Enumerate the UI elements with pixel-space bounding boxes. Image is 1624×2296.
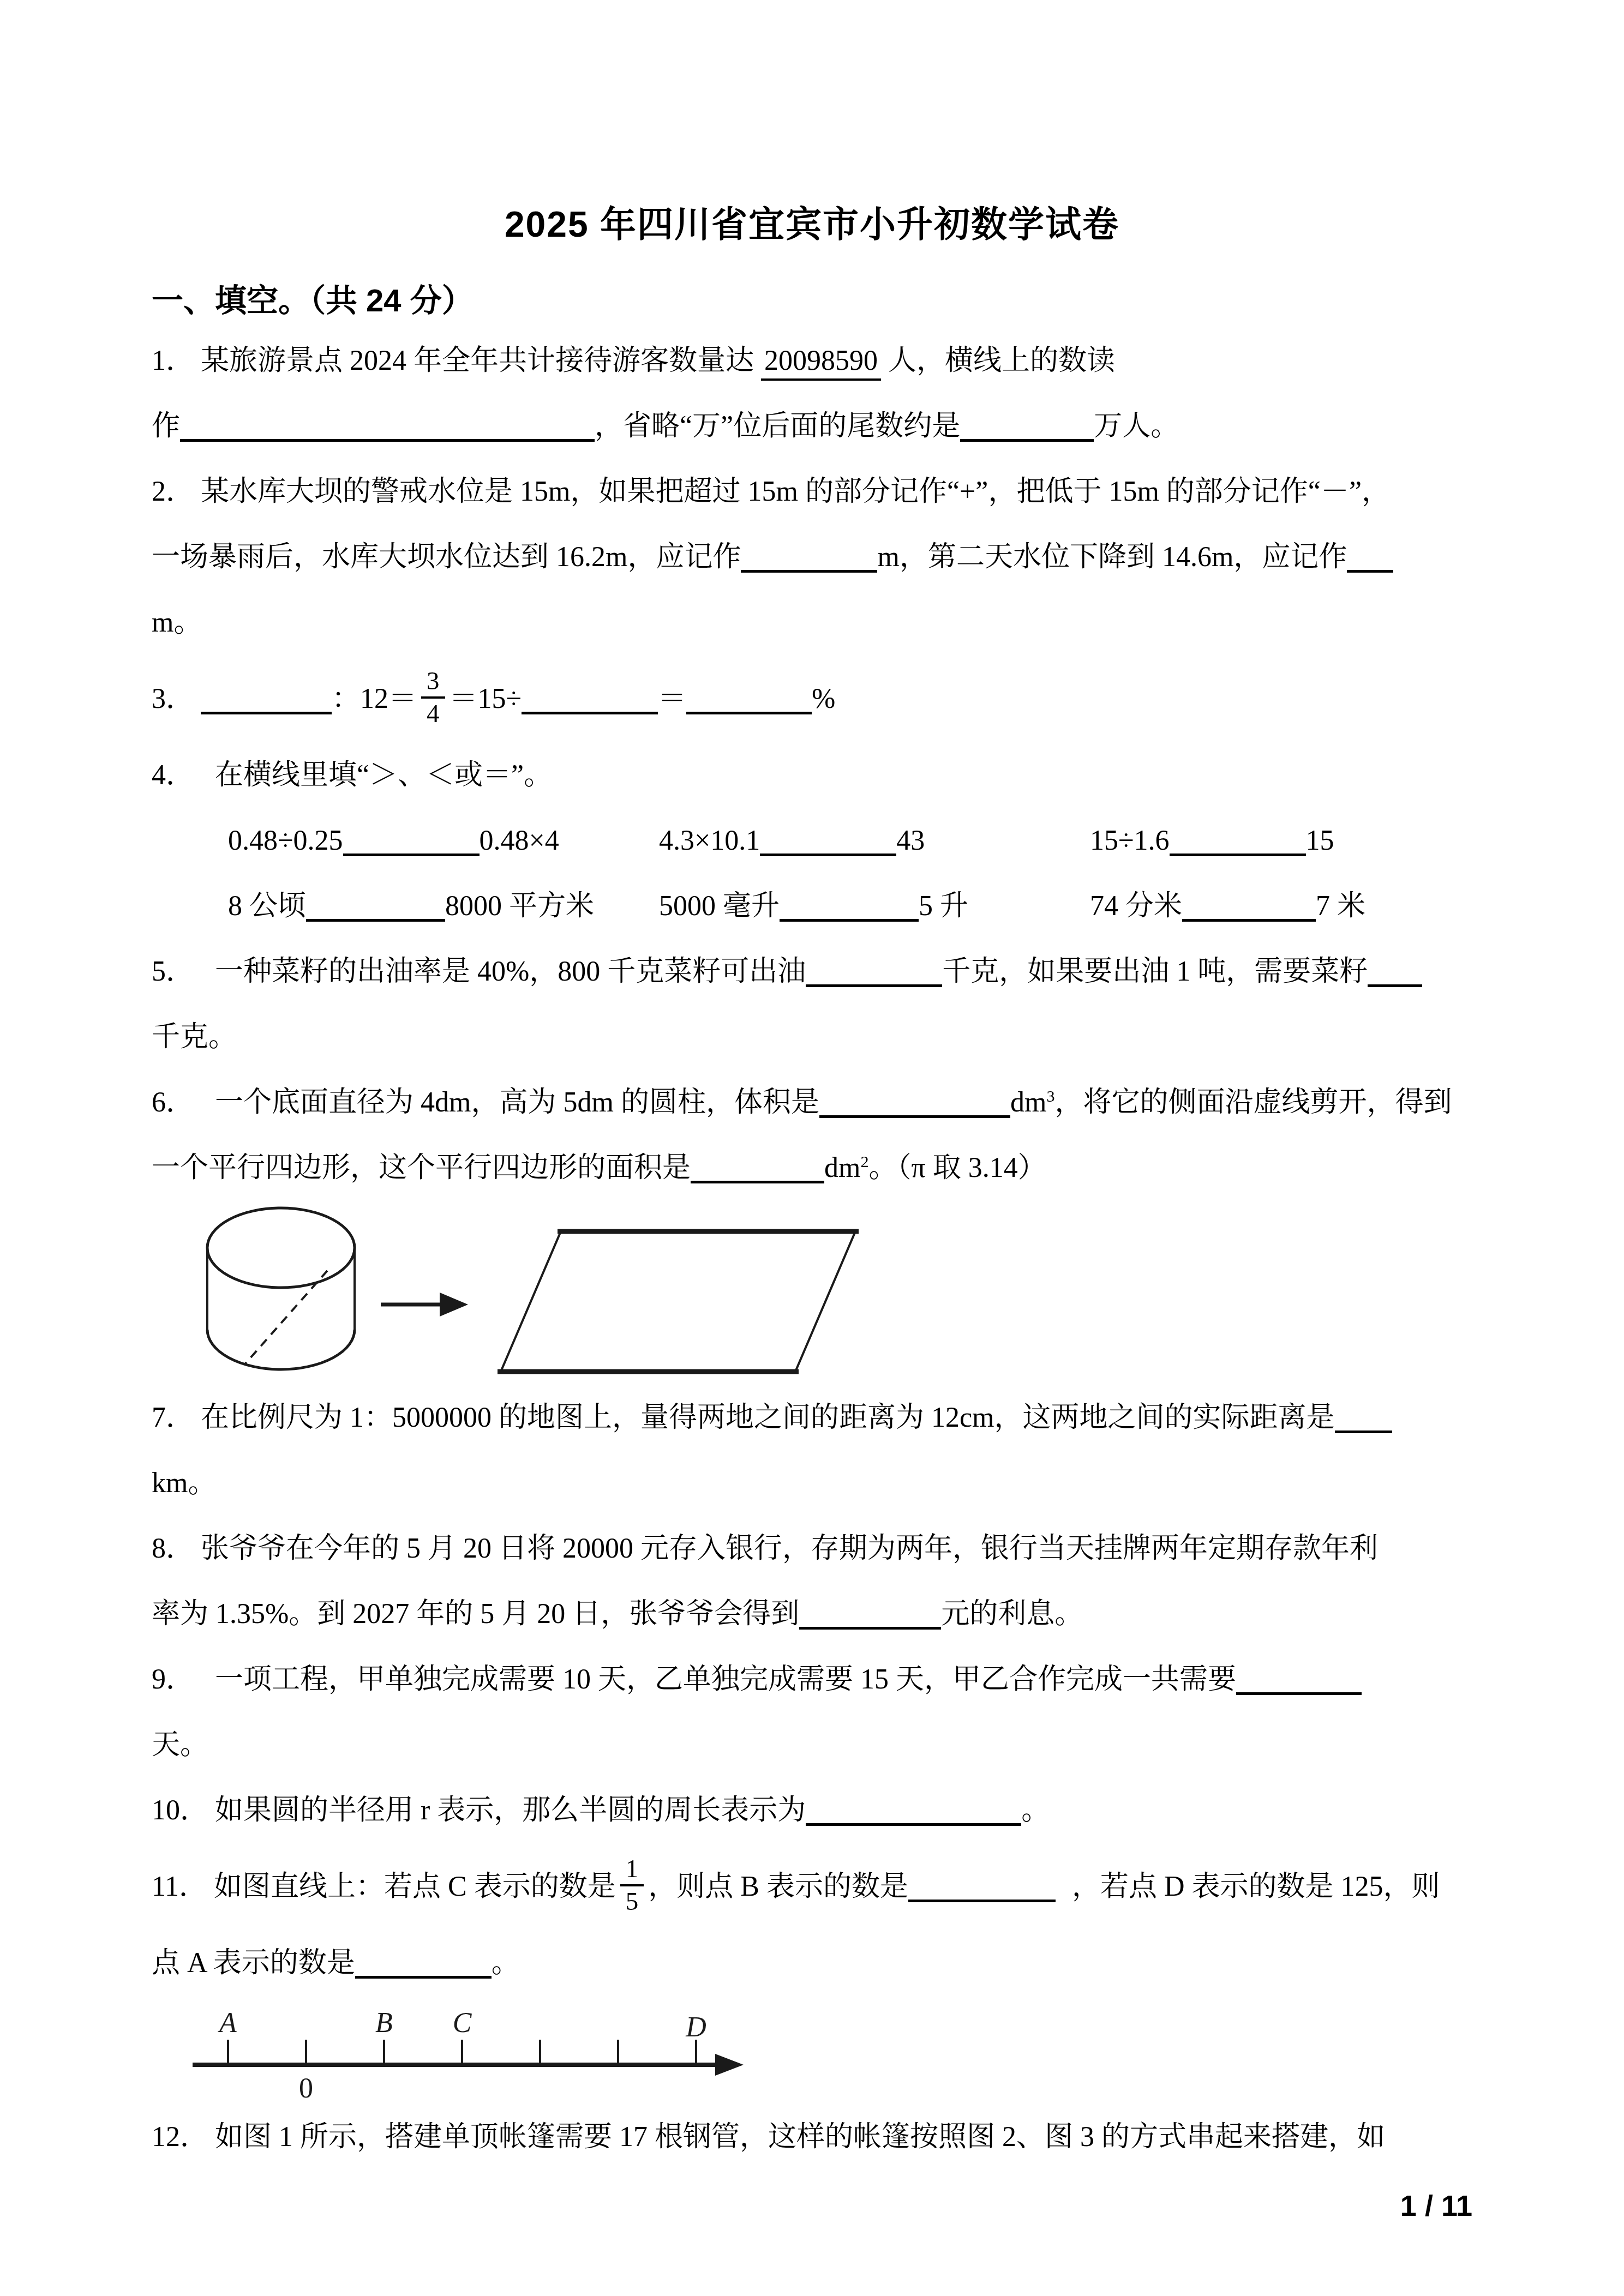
q4-text: 0.48÷0.25 <box>228 825 343 856</box>
point-label-C: C <box>453 2008 472 2039</box>
q7-answer-blank <box>1335 1407 1392 1433</box>
q1-answer-blank-1 <box>180 415 595 442</box>
q4-compare-row-2: 8 公顷8000 平方米5000 毫升5 升74 分米7 米 <box>152 874 1472 939</box>
q9-number: 9． <box>152 1664 194 1695</box>
q7-number: 7． <box>152 1402 194 1433</box>
q4-compare-item: 15÷1.615 <box>1090 808 1334 874</box>
point-label-D: D <box>685 2012 706 2043</box>
cylinder-unroll-figure <box>179 1205 943 1385</box>
q5-text: 千克，如果要出油 1 吨，需要菜籽 <box>942 956 1368 987</box>
q1-text: ，省略“万”位后面的尾数约是 <box>595 411 960 442</box>
q6-answer-blank-2 <box>691 1157 824 1183</box>
q4-text: 0.48×4 <box>480 825 559 856</box>
q3-text: ＝ <box>658 683 686 714</box>
q1-line-1: 1．某旅游景点 2024 年全年共计接待游客数量达 20098590 人，横线上… <box>152 328 1472 394</box>
q8-text: 率为 1.35%。到 2027 年的 5 月 20 日，张爷爷会得到 <box>152 1598 799 1630</box>
fraction-numerator: 1 <box>620 1855 644 1887</box>
q4-compare-item: 5000 毫升5 升 <box>659 874 1090 939</box>
q3-answer-blank-3 <box>686 688 812 714</box>
q11-text: ，若点 D 表示的数是 125，则 <box>1072 1871 1440 1902</box>
q1-text: 作 <box>152 411 180 442</box>
q4-compare-row-1: 0.48÷0.250.48×44.3×10.14315÷1.615 <box>152 808 1472 874</box>
cylinder-shape <box>207 1208 355 1369</box>
cylinder-top-ellipse <box>207 1208 355 1288</box>
q7-text: km。 <box>152 1468 216 1499</box>
q11-line-1: 11．如图直线上：若点 C 表示的数是15，则点 B 表示的数是，若点 D 表示… <box>152 1843 1472 1931</box>
fraction-one-fifth: 15 <box>620 1855 644 1916</box>
q12-number: 12． <box>152 2121 208 2153</box>
q11-text: ，则点 B 表示的数是 <box>648 1871 908 1902</box>
q4-text: 43 <box>896 825 925 856</box>
q4-answer-blank <box>760 830 896 856</box>
q1-answer-blank-2 <box>960 415 1094 442</box>
q5-line-1: 5．一种菜籽的出油率是 40%，800 千克菜籽可出油千克，如果要出油 1 吨，… <box>152 939 1472 1005</box>
q4-compare-item: 4.3×10.143 <box>659 808 1090 874</box>
q6-text: dm <box>1010 1087 1046 1118</box>
q11-answer-blank-1 <box>908 1876 1056 1902</box>
q4-text: 5000 毫升 <box>659 891 780 922</box>
q6-number: 6． <box>152 1087 194 1118</box>
q5-text: 千克。 <box>152 1021 237 1053</box>
arrow-head <box>440 1293 468 1317</box>
q4-number: 4． <box>152 760 194 791</box>
q4-compare-item: 0.48÷0.250.48×4 <box>228 808 659 874</box>
q8-answer-blank <box>799 1603 941 1630</box>
q9-line-1: 9．一项工程，甲单独完成需要 10 天，乙单独完成需要 15 天，甲乙合作完成一… <box>152 1647 1472 1712</box>
q5-line-2: 千克。 <box>152 1005 1472 1070</box>
q3-text: ：12＝ <box>332 683 417 714</box>
parallelogram-shape <box>498 1231 859 1372</box>
q4-answer-blank <box>343 830 480 856</box>
q6-text: 一个底面直径为 4dm，高为 5dm 的圆柱，体积是 <box>215 1087 819 1118</box>
q6-text: 一个平行四边形，这个平行四边形的面积是 <box>152 1152 691 1183</box>
page-number: 1 / 11 <box>152 2173 1472 2239</box>
q4-text: 5 升 <box>919 891 968 922</box>
q4-text: 8000 平方米 <box>445 891 594 922</box>
q10-number: 10． <box>152 1795 208 1826</box>
q12-text: 如图 1 所示，搭建单顶帐篷需要 17 根钢管，这样的帐篷按照图 2、图 3 的… <box>215 2121 1385 2153</box>
q7-line-1: 7．在比例尺为 1：5000000 的地图上，量得两地之间的距离为 12cm，这… <box>152 1385 1472 1451</box>
fraction-denominator: 5 <box>620 1886 644 1916</box>
q7-line-2: km。 <box>152 1451 1472 1516</box>
q3-answer-blank-1 <box>201 688 332 714</box>
fraction-three-fourths: 34 <box>421 668 445 729</box>
q4-text: 15 <box>1306 825 1334 856</box>
q9-text: 天。 <box>152 1729 208 1760</box>
q9-text: 一项工程，甲单独完成需要 10 天，乙单独完成需要 15 天，甲乙合作完成一共需… <box>215 1664 1236 1695</box>
right-arrow-icon <box>381 1293 468 1317</box>
q2-line-1: 2．某水库大坝的警戒水位是 15m，如果把超过 15m 的部分记作“+”，把低于… <box>152 459 1472 525</box>
q4-answer-blank <box>1170 830 1306 856</box>
q1-line-2: 作，省略“万”位后面的尾数约是万人。 <box>152 394 1472 459</box>
number-line-figure: A B C D 0 <box>152 2004 834 2105</box>
q11-line-2: 点 A 表示的数是。 <box>152 1931 1472 1996</box>
q2-answer-blank-2 <box>1347 546 1393 573</box>
q1-text: 某旅游景点 2024 年全年共计接待游客数量达 <box>201 345 761 376</box>
q8-text: 元的利息。 <box>941 1598 1083 1630</box>
q11-text: 如图直线上：若点 C 表示的数是 <box>214 1871 616 1902</box>
q6-text: ，将它的侧面沿虚线剪开，得到 <box>1054 1087 1452 1118</box>
q5-number: 5． <box>152 956 194 987</box>
q1-underlined-value: 20098590 <box>761 345 881 381</box>
q1-text: 人，横线上的数读 <box>881 345 1115 376</box>
q5-text: 一种菜籽的出油率是 40%，800 千克菜籽可出油 <box>215 956 806 987</box>
q11-text: 点 A 表示的数是 <box>152 1948 355 1979</box>
q5-answer-blank-1 <box>806 960 942 987</box>
q2-text: m。 <box>152 607 202 638</box>
q5-answer-blank-2 <box>1368 960 1422 987</box>
q2-line-2: 一场暴雨后，水库大坝水位达到 16.2m，应记作m，第二天水位下降到 14.6m… <box>152 525 1472 590</box>
q6-superscript: 3 <box>1046 1087 1054 1105</box>
q4-text: 4.3×10.1 <box>659 825 760 856</box>
q6-figure <box>179 1205 1472 1385</box>
q9-answer-blank <box>1236 1668 1362 1695</box>
q3-text: ＝15÷ <box>450 683 522 714</box>
section-1-header: 一、填空。（共 24 分） <box>152 274 1472 328</box>
q3-text: % <box>812 683 835 714</box>
q10-answer-blank <box>806 1799 1021 1826</box>
q4-text: 8 公顷 <box>228 891 306 922</box>
q8-number: 8． <box>152 1533 194 1564</box>
q4-answer-blank <box>780 895 919 922</box>
q11-number: 11． <box>152 1871 207 1902</box>
q10-text: 。 <box>1021 1795 1050 1826</box>
q6-line-1: 6．一个底面直径为 4dm，高为 5dm 的圆柱，体积是dm3，将它的侧面沿虚线… <box>152 1070 1472 1135</box>
q4-intro-line: 4．在横线里填“＞、＜或＝”。 <box>152 743 1472 808</box>
q1-text: 万人。 <box>1094 411 1179 442</box>
point-label-A: A <box>218 2008 237 2039</box>
q1-number: 1． <box>152 345 194 376</box>
q6-text: 。（π 取 3.14） <box>869 1152 1046 1183</box>
q11-figure: A B C D 0 <box>152 2004 1472 2105</box>
q6-answer-blank-1 <box>819 1091 1010 1118</box>
q4-text: 7 米 <box>1316 891 1365 922</box>
q8-text: 张爷爷在今年的 5 月 20 日将 20000 元存入银行，存期为两年，银行当天… <box>201 1533 1378 1564</box>
point-label-B: B <box>375 2008 393 2039</box>
parallelogram-outline <box>501 1231 855 1372</box>
q7-text: 在比例尺为 1：5000000 的地图上，量得两地之间的距离为 12cm，这两地… <box>201 1402 1335 1433</box>
cylinder-bottom-arc <box>207 1330 355 1369</box>
q4-answer-blank <box>306 895 445 922</box>
q3-answer-blank-2 <box>522 688 658 714</box>
q2-text: 一场暴雨后，水库大坝水位达到 16.2m，应记作 <box>152 542 741 573</box>
q3-number: 3． <box>152 683 194 714</box>
page-title: 2025 年四川省宜宾市小升初数学试卷 <box>152 199 1472 249</box>
axis-arrow-head <box>715 2054 744 2076</box>
q11-text: 。 <box>492 1948 520 1979</box>
q2-text: 某水库大坝的警戒水位是 15m，如果把超过 15m 的部分记作“+”，把低于 1… <box>201 476 1390 507</box>
q4-compare-item: 8 公顷8000 平方米 <box>228 874 659 939</box>
q11-answer-blank-2 <box>355 1952 492 1979</box>
q6-superscript: 2 <box>860 1152 868 1171</box>
page-number-text: 1 / 11 <box>1400 2190 1472 2222</box>
q4-answer-blank <box>1182 895 1316 922</box>
q2-line-3: m。 <box>152 590 1472 656</box>
q8-line-1: 8．张爷爷在今年的 5 月 20 日将 20000 元存入银行，存期为两年，银行… <box>152 1516 1472 1582</box>
q2-text: m，第二天水位下降到 14.6m，应记作 <box>877 542 1347 573</box>
q4-text: 15÷1.6 <box>1090 825 1170 856</box>
q9-line-2: 天。 <box>152 1712 1472 1778</box>
q10-line: 10．如果圆的半径用 r 表示，那么半圆的周长表示为。 <box>152 1778 1472 1843</box>
q12-line: 12．如图 1 所示，搭建单顶帐篷需要 17 根钢管，这样的帐篷按照图 2、图 … <box>152 2105 1472 2170</box>
q2-answer-blank-1 <box>741 546 877 573</box>
q8-line-2: 率为 1.35%。到 2027 年的 5 月 20 日，张爷爷会得到元的利息。 <box>152 1582 1472 1647</box>
origin-label-0: 0 <box>299 2073 313 2104</box>
q3-line: 3．：12＝34＝15÷＝% <box>152 656 1472 743</box>
q4-compare-item: 74 分米7 米 <box>1090 874 1365 939</box>
number-line-axis <box>193 2040 744 2076</box>
q4-text: 在横线里填“＞、＜或＝”。 <box>215 760 552 791</box>
q10-text: 如果圆的半径用 r 表示，那么半圆的周长表示为 <box>215 1795 806 1826</box>
q4-text: 74 分米 <box>1090 891 1182 922</box>
q6-text: dm <box>824 1152 860 1183</box>
q6-line-2: 一个平行四边形，这个平行四边形的面积是dm2。（π 取 3.14） <box>152 1135 1472 1201</box>
fraction-numerator: 3 <box>421 668 445 699</box>
exam-page: 2025 年四川省宜宾市小升初数学试卷 一、填空。（共 24 分） 1．某旅游景… <box>0 0 1624 2296</box>
fraction-denominator: 4 <box>421 699 445 728</box>
q2-number: 2． <box>152 476 194 507</box>
